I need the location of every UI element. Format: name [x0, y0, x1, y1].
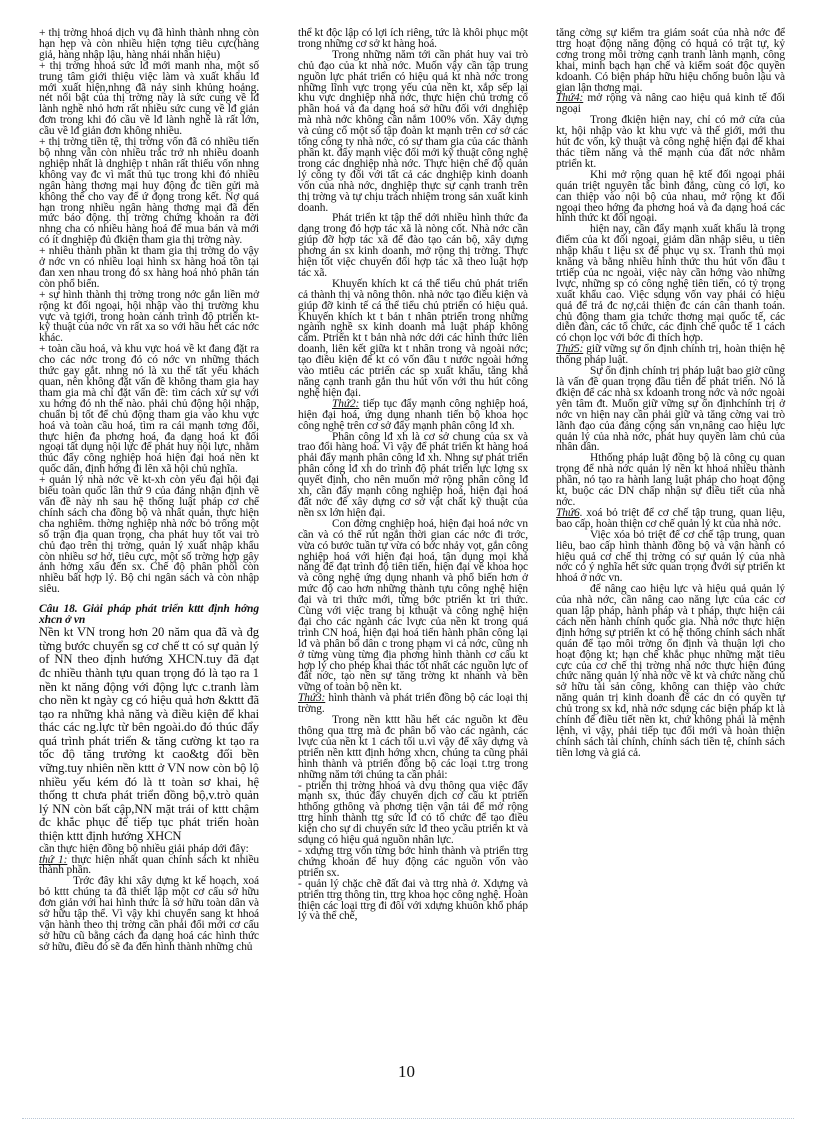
page-boundary-divider — [22, 1118, 794, 1119]
paragraph: Việc xóa bỏ triệt để cơ chế tập trung, q… — [556, 530, 785, 585]
paragraph: Phân công lđ xh là cơ sở chung của sx và… — [298, 432, 528, 519]
paragraph: Hthống pháp luật đồng bộ là công cụ quan… — [556, 453, 785, 508]
item-text: hình thành và phát triển đồng bộ các loạ… — [298, 692, 528, 715]
paragraph: - quản lý chặc chẽ đất đai và ttrg nhà ở… — [298, 879, 528, 923]
paragraph: - ptriển thị trờng hhoá và dvụ thông qua… — [298, 781, 528, 846]
paragraph: Phát triển kt tập thể dới nhiều hình thứ… — [298, 213, 528, 278]
paragraph: Trớc đây khi xây dựng kt kế hoạch, xoá b… — [39, 876, 259, 952]
paragraph: Khuyến khích kt cá thể tiểu chủ phát tri… — [298, 279, 528, 399]
paragraph: - xdựng ttrg vốn từng bớc hình thành và … — [298, 846, 528, 879]
paragraph: Thứ6. xoá bỏ triệt để cơ chế tập trung, … — [556, 508, 785, 530]
text-column-2: thể kt độc lập có lợi ích riêng, tức là … — [298, 28, 528, 922]
paragraph: Thứ3: hình thành và phát triển đồng bộ c… — [298, 693, 528, 715]
paragraph: Trong nền kttt hầu hết các nguồn kt đều … — [298, 715, 528, 780]
item-text: . xoá bỏ triệt để cơ chế tập trung, quan… — [556, 507, 785, 530]
paragraph: + thị trờng hhoá dịch vụ đã hình thành n… — [39, 28, 259, 61]
paragraph: Con đờng cnghiệp hoá, hiện đại hoá nớc v… — [298, 519, 528, 694]
paragraph: hiện nay, cần đẩy mạnh xuất khẩu là trọn… — [556, 224, 785, 344]
paragraph: Trong đkiện hiện nay, chỉ có mở cửa của … — [556, 115, 785, 170]
paragraph: + thị trờng tiền tệ, thị trờng vốn đã có… — [39, 137, 259, 246]
paragraph: Nền kt VN trong hơn 20 năm qua đã và đg … — [39, 626, 259, 844]
paragraph: + thị trờng hhoá sức lđ mới manh nha, mộ… — [39, 61, 259, 137]
paragraph: Thứ5: giữ vững sự ổn định chính trị, hoà… — [556, 344, 785, 366]
paragraph: tăng cờng sự kiểm tra giám soát của nhà … — [556, 28, 785, 93]
document-page: + thị trờng hhoá dịch vụ đã hình thành n… — [0, 0, 816, 1123]
paragraph: để nâng cao hiệu lực và hiệu quả quản lý… — [556, 584, 785, 759]
section-heading: Câu 18. Giải pháp phát triển kttt định h… — [39, 604, 259, 626]
page-number: 10 — [398, 1062, 415, 1082]
paragraph: + toàn cầu hoá, và khu vực hoá về kt đan… — [39, 344, 259, 475]
item-text: mở rộng và nâng cao hiệu quả kinh tế đối… — [556, 92, 785, 115]
paragraph: Thứ4: mở rộng và nâng cao hiệu quả kinh … — [556, 93, 785, 115]
paragraph: thể kt độc lập có lợi ích riêng, tức là … — [298, 28, 528, 50]
paragraph: + quản lý nhà nớc về kt-xh còn yếu đại h… — [39, 475, 259, 595]
paragraph: + sự hình thành thị trờng trong nớc gắn … — [39, 290, 259, 345]
text-column-3: tăng cờng sự kiểm tra giám soát của nhà … — [556, 28, 785, 759]
paragraph: Trong những năm tới cần phát huy vai trò… — [298, 50, 528, 214]
item-text: giữ vững sự ổn định chính trị, hoàn thiệ… — [556, 343, 785, 366]
paragraph: Khi mở rộng quan hệ ktế đối ngoại phải q… — [556, 170, 785, 225]
text-column-1: + thị trờng hhoá dịch vụ đã hình thành n… — [39, 28, 259, 953]
paragraph: Sự ổn định chính trị pháp luật bao giờ c… — [556, 366, 785, 453]
paragraph: thứ 1: thực hiện nhất quan chính sách kt… — [39, 855, 259, 877]
paragraph: Thứ2: tiếp tục đẩy mạnh công nghiệp hoá,… — [298, 399, 528, 432]
item-text: thực hiện nhất quan chính sách kt nhiều … — [39, 854, 259, 877]
paragraph: + nhiều thành phần kt tham gia thị trờng… — [39, 246, 259, 290]
